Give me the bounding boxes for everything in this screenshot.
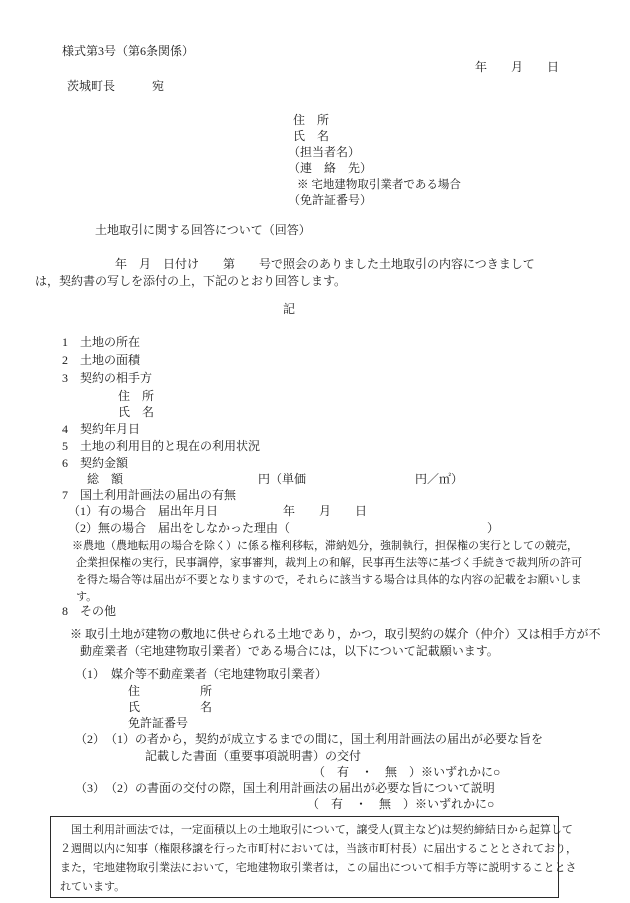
sender-address-label: 住 所 [293,114,329,128]
item-7-number: 7 [62,489,68,503]
section8-note-line2: 動産業者（宅地建物取引業者）である場合には，以下について記載願います。 [80,645,499,659]
license-number-label: （免許証番号） [288,194,372,208]
intro-paragraph-line1: 年 月 日付け 第 号で照会のありました土地取引の内容につきまして [115,258,535,272]
legal-note-line1: 国土利用計画法では，一定面積以上の土地取引について，譲受人(買主など)は契約締結… [60,821,549,840]
contact-info-label: （連 絡 先） [288,162,372,176]
question2-line1: （2） （1）の者から，契約が成立するまでの間に，国土利用計画法の届出が必要な旨… [75,733,543,747]
party-name-label: 氏 名 [118,406,154,420]
form-number: 様式第3号（第6条関係） [62,45,194,59]
intro-paragraph-line2: は，契約書の写しを添付の上，下記のとおり回答します。 [35,275,346,289]
broker-license-label: 免許証番号 [128,717,188,731]
ki-heading: 記 [283,303,295,317]
item-5-label: 土地の利用目的と現在の利用状況 [80,440,260,454]
item-4-number: 4 [62,423,68,437]
item-7-sub2-close-paren: ） [487,522,499,536]
broker-address-label: 住 所 [128,685,212,699]
total-amount-label: 総 額 [87,473,123,487]
item-4-label: 契約年月日 [80,423,140,437]
item-3-number: 3 [62,372,68,386]
item-1-label: 土地の所在 [80,336,140,350]
question2-line2: 記載した書面（重要事項説明書）の交付 [145,750,361,764]
addressee-to-label: 宛 [152,80,164,94]
question3-line1: （3） （2）の書面の交付の際，国土利用計画法の届出が必要な旨について説明 [75,782,495,796]
broker-label: （1） 媒介等不動産業者（宅地建物取引業者） [75,668,327,682]
item-7-sub1-label: （1）有の場合 届出年月日 [68,505,218,519]
document-page: 様式第3号（第6条関係） 年 月 日 茨城町長 宛 住 所 氏 名 （担当者名）… [0,0,630,903]
item-7-note-line4: す。 [76,591,97,604]
broker-name-label: 氏 名 [128,701,212,715]
item-2-number: 2 [62,354,68,368]
item-1-number: 1 [62,336,68,350]
item-7-sub2-label: （2）無の場合 届出をしなかった理由（ [68,522,290,536]
item-8-label: その他 [80,605,116,619]
item-7-note-line1: ※農地（農地転用の場合を除く）に係る権利移転，滞納処分，強制執行，担保権の実行と… [72,540,578,553]
item-7-label: 国土利用計画法の届出の有無 [80,489,236,503]
section8-note-line1: ※ 取引土地が建物の敷地に供せられる土地であり，かつ，取引契約の媒介（仲介）又は… [70,628,601,642]
item-6-label: 契約金額 [80,457,128,471]
party-address-label: 住 所 [118,390,154,404]
document-title: 土地取引に関する回答について（回答） [95,224,311,238]
date-line: 年 月 日 [475,61,559,75]
item-5-number: 5 [62,440,68,454]
agent-case-note: ※ 宅地建物取引業者である場合 [297,179,461,192]
unit-price-label: 円（単価 [258,473,306,487]
unit-price-per-sqm-label: 円／㎡） [415,473,463,487]
sender-name-label: 氏 名 [293,130,329,144]
legal-note-box: 国土利用計画法では，一定面積以上の土地取引について，譲受人(買主など)は契約締結… [50,816,559,898]
question3-yes-no-choice: （ 有 ・ 無 ）※いずれかに○ [307,798,494,812]
legal-note-line4: れています。 [60,878,549,897]
contact-person-label: （担当者名） [288,146,360,160]
item-7-note-line3: を得た場合等は届出が不要となりますので，それらに該当する場合は具体的な内容の記載… [76,574,582,587]
legal-note-line2: ２週間以内に知事（権限移譲を行った市町村においては，当該市町村長）に届出すること… [60,840,549,859]
addressee: 茨城町長 [67,80,115,94]
legal-note-line3: また，宅地建物取引業法において，宅地建物取引業者は，この届出について相手方等に説… [60,859,549,878]
question2-yes-no-choice: （ 有 ・ 無 ）※いずれかに○ [313,766,500,780]
item-6-number: 6 [62,457,68,471]
item-8-number: 8 [62,605,68,619]
item-7-sub1-date: 年 月 日 [283,505,367,519]
item-3-label: 契約の相手方 [80,372,152,386]
item-2-label: 土地の面積 [80,354,140,368]
item-7-note-line2: 企業担保権の実行，民事調停，家事審判，裁判上の和解，民事再生法等に基づく手続きで… [76,557,582,570]
